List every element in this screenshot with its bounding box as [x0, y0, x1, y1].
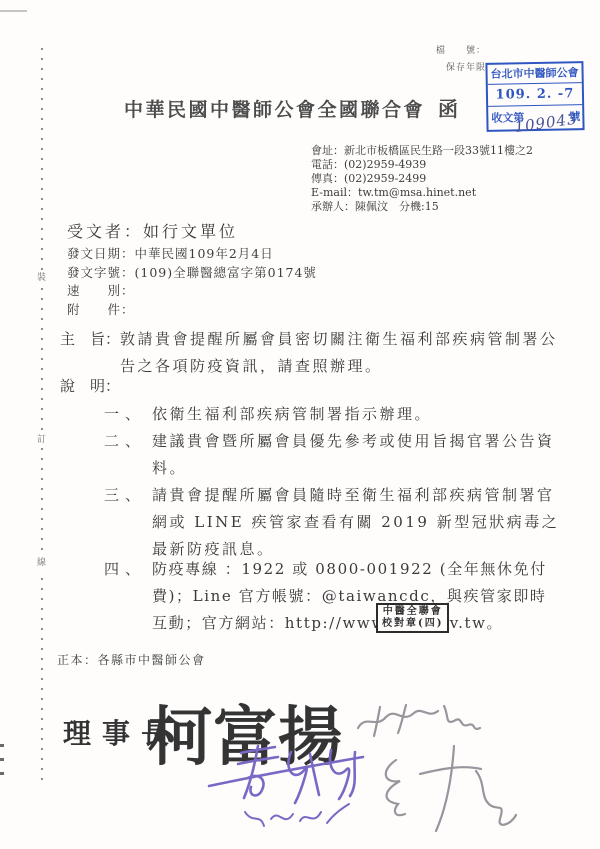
- binding-mark-top: 裝: [33, 270, 50, 286]
- contact-fax: 傳真：(02)2959-2499: [311, 172, 533, 186]
- doc-meta-block: 發文日期：中華民國109年2月4日 發文字號：(109)全聯醫總富字第0174號…: [67, 245, 317, 319]
- retention-period-label: 保存年限: [436, 60, 486, 77]
- item-number: 三、: [104, 482, 146, 509]
- subject-paragraph: 主 旨： 敦請貴會提醒所屬會員密切關注衛生福利部疾病管制署公告之各項防疫資訊，請…: [60, 326, 565, 380]
- item-text: 建議貴會暨所屬會員優先參考或使用旨揭官署公告資料。: [152, 428, 560, 482]
- proofreading-stamp-line2: 校對章(四): [382, 618, 443, 630]
- organization-title: 中華民國中醫師公會全國聯合會: [124, 99, 425, 121]
- document-title-row: 中華民國中醫師公會全國聯合會函: [124, 93, 461, 122]
- binding-dotted-line: [41, 48, 43, 788]
- contact-phone: 電話：(02)2959-4939: [311, 158, 533, 172]
- receipt-stamp-org: 台北市中醫師公會: [487, 63, 581, 85]
- proofreading-stamp-line1: 中醫全聯會: [382, 606, 443, 618]
- contact-block: 會址：新北市板橋區民生路一段33號11樓之2 電話：(02)2959-4939 …: [311, 144, 533, 214]
- recipient-line: 受文者：如行文單位: [67, 219, 238, 242]
- explanation-item-1: 一、 依衛生福利部疾病管制署指示辦理。: [104, 401, 560, 428]
- document-type: 函: [438, 97, 461, 121]
- explanation-label: 說 明：: [60, 375, 120, 396]
- issue-date-line: 發文日期：中華民國109年2月4日: [67, 245, 317, 264]
- copy-to-line: 正本：各縣市中醫師公會: [57, 651, 206, 668]
- subject-text: 敦請貴會提醒所屬會員密切關注衛生福利部疾病管制署公告之各項防疫資訊，請查照辦理。: [120, 326, 565, 380]
- archive-labels: 檔 號： 保存年限: [436, 43, 486, 77]
- item-number: 一、: [104, 401, 146, 428]
- file-number-label: 檔 號：: [436, 43, 486, 60]
- attachment-line: 附 件：: [67, 301, 317, 320]
- binding-mark-middle: 訂: [33, 432, 50, 448]
- receipt-stamp-date: 109. 2. -7: [488, 83, 582, 107]
- speed-class-line: 速 別：: [67, 282, 317, 301]
- proofreading-stamp: 中醫全聯會 校對章(四): [376, 603, 449, 633]
- explanation-item-3: 三、 請貴會提醒所屬會員隨時至衛生福利部疾病管制署官網或 LINE 疾管家查看有…: [104, 482, 560, 563]
- contact-email: E-mail：tw.tm@msa.hinet.net: [311, 186, 533, 200]
- scanned-official-letter: 裝 訂 線 檔 號： 保存年限 台北市中醫師公會 109. 2. -7 收文第 …: [0, 0, 600, 849]
- item-text: 依衛生福利部疾病管制署指示辦理。: [152, 401, 560, 428]
- scan-edge-mark: [0, 758, 4, 761]
- doc-number-line: 發文字號：(109)全聯醫總富字第0174號: [67, 264, 317, 283]
- signature-handwriting-gray: [348, 698, 528, 838]
- receipt-stamp: 台北市中醫師公會 109. 2. -7 收文第 109043 號: [485, 61, 584, 132]
- receipt-number-suffix: 號: [569, 105, 580, 128]
- item-number: 二、: [104, 428, 146, 455]
- scan-edge-mark: [0, 744, 4, 747]
- binding-mark-bottom: 線: [33, 555, 50, 571]
- contact-handler: 承辦人：陳佩汶 分機:15: [311, 200, 533, 214]
- item-number: 四、: [104, 556, 146, 583]
- item-text: 請貴會提醒所屬會員隨時至衛生福利部疾病管制署官網或 LINE 疾管家查看有關 2…: [152, 482, 560, 563]
- scan-artifact-line: [0, 10, 27, 12]
- explanation-item-4: 四、 防疫專線 ：1922 或 0800-001922 (全年無休免付費)；Li…: [104, 556, 560, 637]
- item-text: 防疫專線 ：1922 或 0800-001922 (全年無休免付費)；Line …: [152, 556, 560, 637]
- receipt-stamp-number-row: 收文第 109043 號: [488, 105, 582, 130]
- subject-label: 主 旨：: [60, 326, 120, 380]
- scan-edge-mark: [0, 772, 4, 775]
- contact-address: 會址：新北市板橋區民生路一段33號11樓之2: [311, 144, 533, 158]
- explanation-item-2: 二、 建議貴會暨所屬會員優先參考或使用旨揭官署公告資料。: [104, 428, 560, 482]
